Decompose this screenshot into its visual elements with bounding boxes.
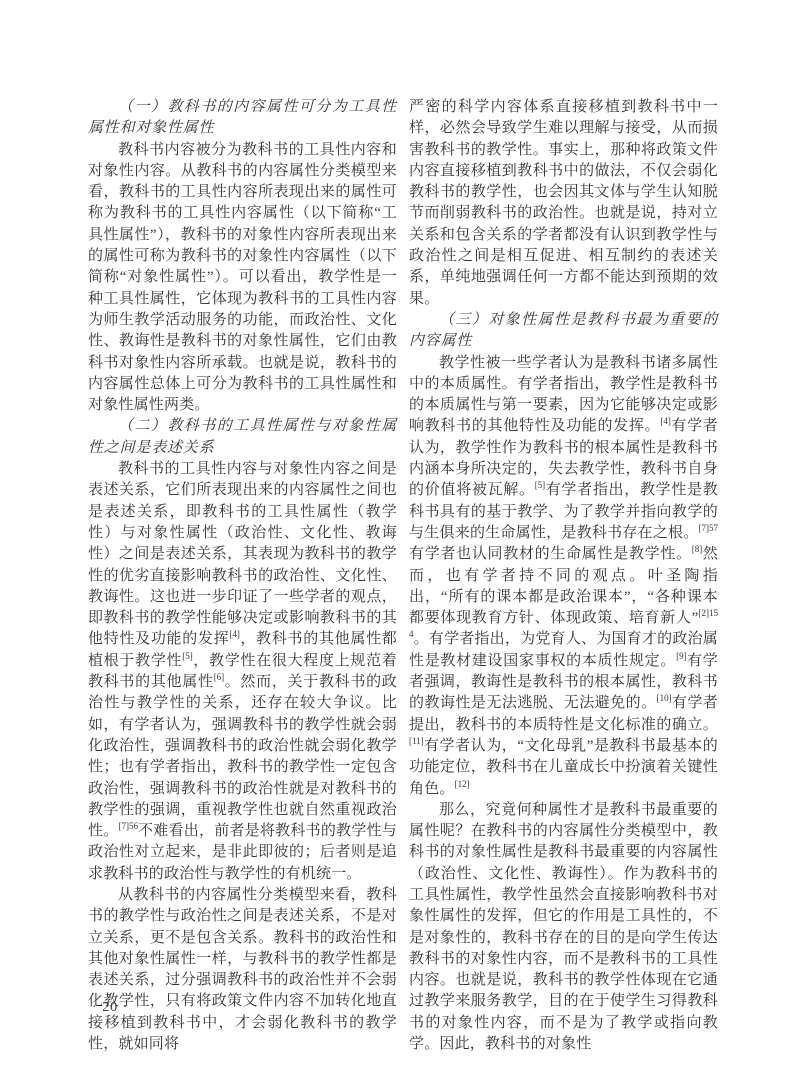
right-column: 严密的科学内容体系直接移植到教科书中一样，必然会导致学生难以理解与接受，从而损害… (409, 97, 718, 1055)
citation-marker: [9] (676, 651, 687, 661)
citation-marker: [5] (182, 651, 193, 661)
citation-marker: [8] (692, 544, 703, 554)
left-column: （一）教科书的内容属性可分为工具性属性和对象性属性教科书内容被分为教科书的工具性… (88, 97, 397, 1055)
citation-marker: [10] (657, 693, 672, 703)
citation-marker: [2]154 (409, 608, 718, 639)
citation-marker: [4] (229, 629, 240, 639)
page-number: · 20 · (92, 1000, 128, 1016)
section-heading: （三）对象性属性是教科书最为重要的内容属性 (409, 310, 718, 353)
body-paragraph: 教科书的工具性内容与对象性内容之间是表述关系，它们所表现出来的内容属性之间也是表… (88, 459, 397, 885)
body-paragraph: 教学性被一些学者认为是教科书诸多属性中的本质属性。有学者指出，教学性是教科书的本… (409, 353, 718, 800)
body-paragraph: 那么，究竟何种属性才是教科书最重要的属性呢？在教科书的内容属性分类模型中，教科书… (409, 800, 718, 1056)
section-heading: （二）教科书的工具性属性与对象性属性之间是表述关系 (88, 416, 397, 459)
body-paragraph: 严密的科学内容体系直接移植到教科书中一样，必然会导致学生难以理解与接受，从而损害… (409, 97, 718, 310)
citation-marker: [4] (660, 416, 671, 426)
citation-marker: [5] (535, 480, 546, 490)
document-page: （一）教科书的内容属性可分为工具性属性和对象性属性教科书内容被分为教科书的工具性… (0, 0, 800, 1077)
body-paragraph: 教科书内容被分为教科书的工具性内容和对象性内容。从教科书的内容属性分类模型来看，… (88, 140, 397, 417)
section-heading: （一）教科书的内容属性可分为工具性属性和对象性属性 (88, 97, 397, 140)
citation-marker: [11] (409, 736, 424, 746)
citation-marker: [6] (214, 672, 225, 682)
citation-marker: [12] (455, 779, 470, 789)
citation-marker: [7]57 (699, 523, 719, 533)
text-columns: （一）教科书的内容属性可分为工具性属性和对象性属性教科书内容被分为教科书的工具性… (88, 97, 718, 1055)
citation-marker: [7]56 (118, 821, 138, 831)
body-paragraph: 从教科书的内容属性分类模型来看，教科书的教学性与政治性之间是表述关系，不是对立关… (88, 885, 397, 1055)
